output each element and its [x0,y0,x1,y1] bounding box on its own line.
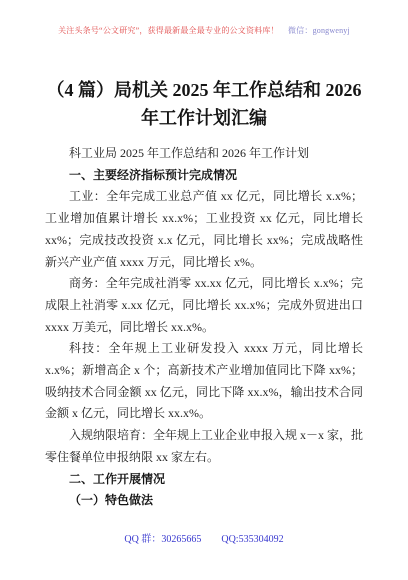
footer-contact-note: QQ 群：30265665QQ:535304092 [0,534,408,546]
heading-section-1: 一、主要经济指标预计完成情况 [45,165,363,187]
paragraph-industry: 工业：全年完成工业总产值 xx 亿元，同比增长 x.x%；工业增加值累计增长 x… [45,186,363,273]
document-title: （4 篇）局机关 2025 年工作总结和 2026 年工作计划汇编 [42,76,366,132]
paragraph-intro: 科工业局 2025 年工作总结和 2026 年工作计划 [45,143,363,165]
document-body: 科工业局 2025 年工作总结和 2026 年工作计划 一、主要经济指标预计完成… [45,143,363,512]
footer-qq-group: QQ 群：30265665 [124,534,201,545]
footer-qq: QQ:535304092 [221,534,283,545]
header-wechat-text: 微信：gongwenyj [288,26,350,35]
paragraph-technology: 科技：全年规上工业研发投入 xxxx 万元，同比增长 x.x%；新增高企 x 个… [45,338,363,425]
header-promo-text: 关注头条号“公文研究”，获得最新最全最专业的公文资料库！ [58,26,279,35]
header-promo-note: 关注头条号“公文研究”，获得最新最全最专业的公文资料库！ 微信：gongweny… [0,26,408,36]
document-page: 关注头条号“公文研究”，获得最新最全最专业的公文资料库！ 微信：gongweny… [0,0,408,580]
heading-section-2: 二、工作开展情况 [45,469,363,491]
paragraph-commerce: 商务：全年完成社消零 xx.xx 亿元，同比增长 x.x%；完成限上社消零 x.… [45,273,363,338]
heading-subsection-1: （一）特色做法 [45,490,363,512]
paragraph-cultivation: 入规纳限培育：全年规上工业企业申报入规 x－x 家，批零住餐单位申报纳限 xx … [45,425,363,468]
